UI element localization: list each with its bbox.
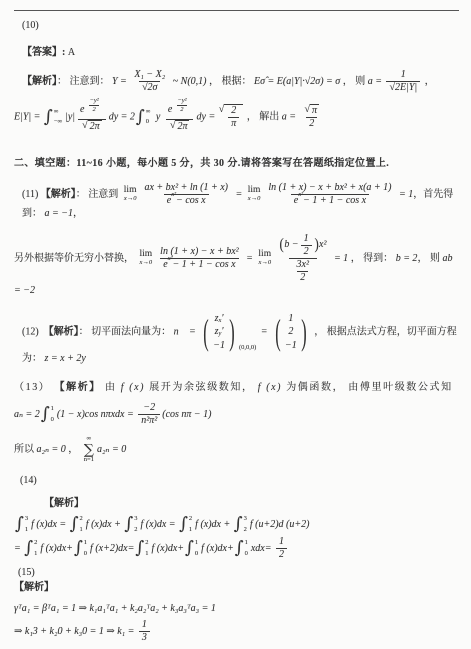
square-root: √π [305, 104, 320, 117]
question-14-solution-line-2: = ∫21f (x)dx+∫10f (x+2)dx=∫21f (x)dx+∫10… [14, 536, 461, 561]
math-fraction: 12 [276, 536, 287, 561]
integral-lower-bound: 1 [34, 551, 37, 558]
text-run: 另外根据等价无穷小替换， [14, 252, 137, 263]
integral-bounds: 32 [134, 516, 137, 533]
text-run: ， [66, 444, 81, 455]
integral-bounds: 21 [80, 516, 83, 533]
question-15-jiexi-label: 【解析】 [14, 581, 461, 595]
integral-icon: ∫ [179, 517, 188, 531]
integral: ∫32 [234, 516, 249, 533]
integral-lower-bound: 2 [134, 527, 137, 534]
integral-icon: ∫ [24, 541, 33, 555]
math-fraction: ln (1 + x) − x + bx² + x(a + 1)ex² − 1 +… [265, 182, 394, 207]
integral-icon: ∫ [70, 517, 79, 531]
math-fraction: 13 [139, 619, 150, 644]
question-15-number: (15) [18, 566, 461, 580]
integral-bounds: 21 [189, 516, 192, 533]
column-vector: (zx′zy′−1)(0,0,0) [200, 312, 256, 353]
integral: ∫21 [179, 516, 194, 533]
math-fraction: 3x²2 [294, 259, 312, 284]
fraction-numerator: 1 [398, 69, 409, 81]
fraction-numerator: (b − 12)x² [276, 233, 329, 258]
integral-lower-bound: 0 [245, 551, 248, 558]
fraction-denominator: π [228, 117, 239, 130]
integral-bounds: 32 [244, 516, 247, 533]
math-fraction: 1√2E|Y| [386, 69, 420, 94]
text-run: 【解析】 [22, 76, 57, 87]
text-run: ， 则 [340, 76, 368, 87]
limit-operator: limx→0 [124, 186, 137, 203]
superscript: −y²2 [172, 97, 191, 114]
lim-text: lim [258, 250, 271, 260]
limit-variable: x→0 [124, 196, 137, 203]
text-run: ~ [170, 76, 180, 87]
integral-bounds: 10 [245, 540, 248, 557]
math-fraction: ln (1 + x) − x + bx²ex² − 1 + 1 − cos x [157, 246, 242, 271]
sigma-icon: ∑ [84, 443, 94, 457]
fraction-denominator: n²π² [138, 414, 160, 427]
integral: ∫10 [74, 540, 89, 557]
square-root: √2π [82, 120, 102, 133]
integral-icon: ∫ [235, 541, 244, 555]
question-13-solution-line-2: aₙ = 2∫10(1 − x)cos nπxdx = −2n²π²(cos n… [14, 402, 461, 427]
text-run: ： 切平面法向量为： [79, 326, 174, 337]
fraction-numerator: ax + bx² + ln (1 + x) [141, 182, 231, 194]
text-run: （13） [14, 382, 55, 393]
fraction-denominator: 2 [301, 245, 312, 258]
integral-lower-bound: −∞ [54, 119, 62, 126]
vector-entry: 2 [288, 325, 293, 339]
vector-paren: ) [229, 317, 234, 348]
vector-entry: zy′ [215, 325, 224, 339]
integral: ∫21 [70, 516, 85, 533]
math-fraction: X₁ − X₂√2σ [131, 69, 168, 94]
question-14-jiexi-label: 【解析】 [44, 497, 461, 511]
integral-icon: ∫ [15, 517, 24, 531]
fraction-numerator: √π [301, 104, 324, 117]
subscript: x [218, 318, 221, 325]
top-rule-divider [14, 10, 459, 11]
question-15-solution-line-2: ⇒ k₁3 + k₂0 + k₃0 = 1 ⇒ k₁ = 13 [14, 619, 461, 644]
lim-text: lim [124, 186, 137, 196]
integral-icon: ∫ [41, 407, 50, 421]
math-fraction: e−y²2√2π [77, 102, 107, 133]
integral-upper-bound: 3 [25, 516, 28, 523]
text-run: (12) [22, 326, 49, 337]
radicand: 2π [224, 104, 243, 130]
fraction-numerator: 3x² [294, 259, 312, 271]
integral-lower-bound: 0 [195, 551, 198, 558]
math-fraction: 2π [228, 105, 239, 130]
question-15-solution-line-1: γᵀa₁ = βᵀa₁ = 1 ⇒ k₁a₁ᵀa₁ + k₂a₂ᵀa₂ + k₃… [14, 602, 461, 616]
integral-bounds: 10 [195, 540, 198, 557]
square-root: √2π [170, 120, 190, 133]
vector-paren: ( [204, 317, 209, 348]
fraction-denominator: ex² − 1 + 1 − cos x [160, 258, 238, 271]
integral-bounds: ∞−∞ [54, 109, 62, 126]
question-10-solution-line-1: 【解析】： 注意到： Y = X₁ − X₂√2σ ~ N(0,1) ， 根据：… [22, 69, 461, 94]
limit-variable: x→0 [140, 260, 153, 267]
math-fraction: −y²2 [86, 97, 101, 114]
square-root: √2π [219, 104, 244, 130]
fraction-denominator: √2E|Y| [386, 81, 420, 94]
math-fraction: −2n²π² [138, 402, 160, 427]
fraction-numerator: X₁ − X₂ [131, 69, 168, 81]
vector-entry: −1 [285, 339, 297, 353]
subscript: y [218, 331, 221, 338]
integral-lower-bound: 0 [84, 551, 87, 558]
limit-operator: limx→0 [140, 250, 153, 267]
integral-bounds: 10 [84, 540, 87, 557]
question-10-number: (10) [22, 19, 461, 33]
text-run: ， 根据： [207, 76, 255, 87]
text-run: 由 [101, 382, 121, 393]
question-11-solution-line-2: 另外根据等价无穷小替换， limx→0ln (1 + x) − x + bx²e… [14, 233, 461, 298]
text-run: ， [422, 76, 435, 87]
fraction-numerator: 1 [139, 619, 150, 631]
question-12-solution-line: (12) 【解析】： 切平面法向量为： n⃗ = (zx′zy′−1)(0,0,… [22, 312, 461, 367]
text-run: 为偶函数， 由傅里叶级数公式知 [282, 382, 453, 393]
math-fraction: 12 [301, 233, 312, 258]
text-run: ： 注意到： [57, 76, 112, 87]
fraction-denominator: ex² − cos x [164, 194, 209, 207]
summation: ∞∑n=1 [84, 436, 94, 463]
question-14-number: (14) [20, 474, 461, 488]
column-vector: (12−1) [272, 312, 310, 353]
integral-icon: ∫ [136, 110, 145, 124]
integral-icon: ∫ [74, 541, 83, 555]
big-paren: ( [280, 237, 284, 253]
math-fraction: e−y²2√2π [165, 102, 195, 133]
integral-upper-bound: 3 [134, 516, 137, 523]
fraction-numerator: 2 [228, 105, 239, 117]
integral-upper-bound: 1 [84, 540, 87, 547]
fraction-denominator: 3x²2 [289, 258, 317, 284]
integral: ∫31 [15, 516, 30, 533]
integral-lower-bound: 1 [80, 527, 83, 534]
fraction-denominator: 3 [139, 631, 150, 644]
math-fraction: ax + bx² + ln (1 + x)ex² − cos x [141, 182, 231, 207]
integral-lower-bound: 1 [189, 527, 192, 534]
superscript: −y²2 [84, 97, 103, 114]
scanned-exam-solution-page: { "page": { "background": "#fbfbfa", "te… [0, 0, 471, 649]
text-run: 【解析】 [55, 382, 101, 393]
integral-upper-bound: 1 [195, 540, 198, 547]
fraction-denominator: ex² − 1 + 1 − cos x [291, 194, 369, 207]
integral-bounds: 21 [34, 540, 37, 557]
text-run: 所以 [14, 444, 37, 455]
fraction-denominator: 2 [89, 105, 98, 114]
question-10-answer-line: 【答案】: A [22, 46, 461, 60]
fraction-numerator: e−y²2 [77, 102, 107, 119]
integral-upper-bound: 2 [145, 540, 148, 547]
integral-lower-bound: 0 [146, 119, 151, 126]
integral-lower-bound: 1 [25, 527, 28, 534]
text-run: ， 则 [417, 252, 442, 263]
document-page: (10) 【答案】: A 【解析】： 注意到： Y = X₁ − X₂√2σ ~… [0, 0, 471, 644]
integral-upper-bound: 2 [189, 516, 192, 523]
radicand: 2π [175, 120, 189, 133]
integral-upper-bound: ∞ [54, 109, 62, 116]
integral-upper-bound: 2 [34, 540, 37, 547]
integral-lower-bound: 0 [51, 417, 54, 424]
big-paren: ) [314, 237, 318, 253]
question-11-solution-line-1: (11) 【解析】： 注意到 limx→0ax + bx² + ln (1 + … [22, 182, 461, 221]
integral-upper-bound: ∞ [146, 109, 151, 116]
vector-entries: zx′zy′−1 [212, 312, 226, 353]
integral-icon: ∫ [135, 541, 144, 555]
integral-bounds: ∞0 [146, 109, 151, 126]
fraction-denominator: √2π [166, 119, 194, 133]
fraction-numerator: e−y²2 [165, 102, 195, 119]
text-run: 【解析】 [49, 326, 79, 337]
math-fraction: −y²2 [174, 97, 189, 114]
lim-text: lim [140, 250, 153, 260]
text-run: ， 解出 [244, 112, 282, 123]
fraction-denominator: 2 [177, 105, 186, 114]
vector-paren: ) [301, 317, 306, 348]
vector-entry: zx′ [215, 312, 224, 326]
fraction-numerator: 1 [276, 536, 287, 548]
question-13-solution-line-1: （13） 【解析】 由 f (x) 展开为余弦级数知， f (x) 为偶函数， … [14, 381, 461, 395]
integral: ∫10 [41, 406, 56, 423]
fraction-denominator: √2σ [139, 81, 160, 94]
fraction-numerator: −y² [86, 97, 101, 105]
sum-lower-bound: n=1 [84, 457, 94, 464]
radicand: π [310, 104, 319, 117]
integral-upper-bound: 2 [80, 516, 83, 523]
integral: ∫∞−∞ [44, 109, 64, 126]
integral-lower-bound: 1 [145, 551, 148, 558]
text-run: ， 得到： [351, 252, 396, 263]
limit-operator: limx→0 [248, 186, 261, 203]
integral-icon: ∫ [44, 110, 53, 124]
superscript: x² [168, 256, 173, 263]
integral-lower-bound: 2 [244, 527, 247, 534]
radicand: 2π [88, 120, 102, 133]
vector-entry: −1 [213, 339, 225, 353]
fraction-numerator: −2 [140, 402, 158, 414]
fraction-denominator: 2 [306, 117, 317, 130]
text-run: ： 注意到 [76, 188, 121, 199]
integral-upper-bound: 1 [245, 540, 248, 547]
integral-upper-bound: 3 [244, 516, 247, 523]
question-14-solution-line-1: ∫31f (x)dx = ∫21f (x)dx + ∫32f (x)dx = ∫… [14, 516, 461, 533]
integral: ∫10 [185, 540, 200, 557]
integral-bounds: 31 [25, 516, 28, 533]
vector-paren: ( [275, 317, 280, 348]
integral: ∫32 [124, 516, 139, 533]
text-run: ， [73, 208, 83, 219]
integral-icon: ∫ [124, 517, 133, 531]
answer-label: 【答案】: [22, 47, 65, 58]
question-13-solution-line-3: 所以 a₂ₙ = 0 ， ∞∑n=1a₂ₙ = 0 [14, 436, 461, 463]
lim-text: lim [248, 186, 261, 196]
limit-variable: x→0 [248, 196, 261, 203]
integral: ∫21 [135, 540, 150, 557]
math-fraction: √π2 [301, 104, 324, 130]
fraction-numerator: 1 [301, 233, 312, 245]
fraction-numerator: ln (1 + x) − x + bx² + x(a + 1) [265, 182, 394, 194]
text-run: 展开为余弦级数知， [145, 382, 258, 393]
answer-value: A [68, 47, 75, 58]
fraction-denominator: √2π [78, 119, 106, 133]
limit-operator: limx→0 [258, 250, 271, 267]
integral-bounds: 10 [51, 406, 54, 423]
section-2-header: 二、填空题：11~16 小题，每小题 5 分，共 30 分.请将答案写在答题纸指… [14, 157, 461, 171]
vector-entry: 1 [288, 312, 293, 326]
integral-icon: ∫ [234, 517, 243, 531]
math-fraction: (b − 12)x²3x²2 [276, 233, 329, 284]
limit-variable: x→0 [258, 260, 271, 267]
text-run: 【解析】 [41, 188, 76, 199]
fraction-denominator: 2 [297, 271, 308, 284]
integral-icon: ∫ [185, 541, 194, 555]
vector-subscript: (0,0,0) [239, 343, 256, 352]
superscript: x² [171, 192, 176, 199]
integral: ∫∞0 [136, 109, 153, 126]
fraction-numerator: −y² [174, 97, 189, 105]
fraction-denominator: 2 [276, 548, 287, 561]
integral: ∫10 [235, 540, 250, 557]
integral: ∫21 [24, 540, 39, 557]
integral-bounds: 21 [145, 540, 148, 557]
superscript: x² [298, 192, 303, 199]
vector-entries: 12−1 [284, 312, 298, 353]
text-run: (11) [22, 188, 41, 199]
integral-upper-bound: 1 [51, 406, 54, 413]
question-10-solution-line-2: E|Y| = ∫∞−∞|y|e−y²2√2πdy = 2∫∞0 y e−y²2√… [14, 102, 461, 133]
